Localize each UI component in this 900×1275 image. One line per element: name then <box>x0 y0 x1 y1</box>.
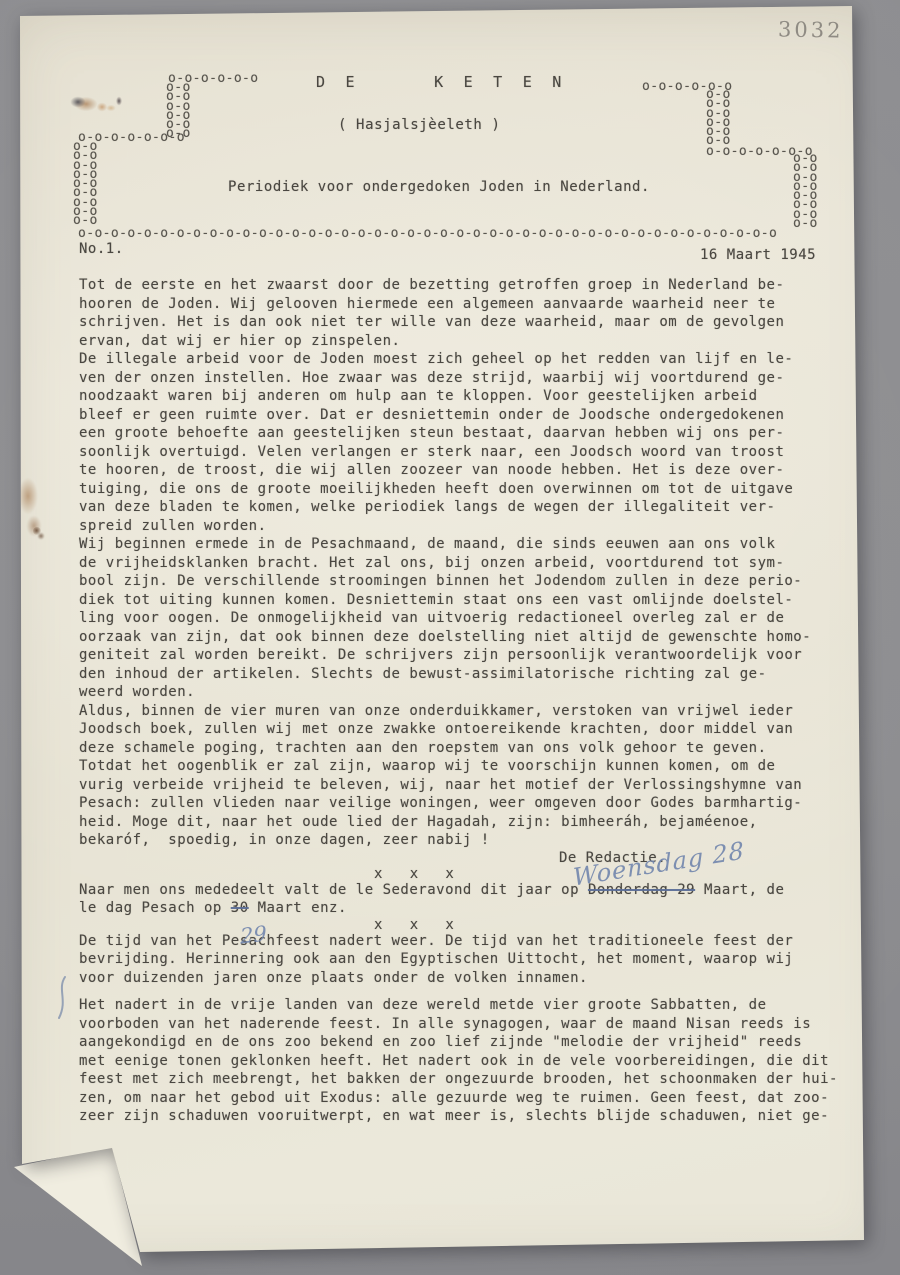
stain-dot <box>33 527 41 535</box>
paragraph-free-lands: Het nadert in de vrije landen van deze w… <box>79 996 865 1126</box>
seder-date-announcement-line1: Naar men ons mededeelt valt de le Sedera… <box>79 881 865 900</box>
masthead-title: DE KETEN <box>316 73 582 91</box>
scan-background: o-o-o-o-o-o o-o o-o o-o o-o o-o o-o o-o-… <box>0 0 900 1275</box>
masthead-subtitle: ( Hasjalsjèeleth ) <box>338 117 501 133</box>
paragraph-illegal-work: De illegale arbeid voor de Joden moest z… <box>79 350 865 535</box>
section-divider-x: x x x <box>374 918 865 932</box>
archive-number-pencil: 3032 <box>778 17 844 42</box>
blue-margin-mark <box>52 974 74 1022</box>
body-text: Tot de eerste en het zwaarst door de bez… <box>79 276 865 1126</box>
masthead-tagline: Periodiek voor ondergedoken Joden in Ned… <box>228 179 650 195</box>
paper-surface: o-o-o-o-o-o o-o o-o o-o o-o o-o o-o o-o-… <box>0 0 900 1275</box>
paragraph-pesach-month: Wij beginnen ermede in de Pesachmaand, d… <box>79 535 865 702</box>
chain-border-right-vertical-upper: o-o o-o o-o o-o o-o o-o <box>706 90 731 146</box>
paragraph-hiding-room: Aldus, binnen de vier muren van onze ond… <box>79 702 865 850</box>
announcement-text: Maart, de <box>695 882 784 898</box>
announcement-text: le dag Pesach op <box>79 900 231 916</box>
rust-stain-top-left <box>64 87 130 121</box>
struck-out-date: 30 <box>231 900 249 916</box>
announcement-text: Naar men ons mededeelt valt de le Sedera… <box>79 882 588 898</box>
chain-border-bottom-horizontal: o-o-o-o-o-o-o-o-o-o-o-o-o-o-o-o-o-o-o-o-… <box>78 226 777 241</box>
issue-number: No.1. <box>79 241 124 257</box>
paragraph-pesach-feast: De tijd van het Pesachfeest nadert weer.… <box>79 932 865 988</box>
document-page: o-o-o-o-o-o o-o o-o o-o o-o o-o o-o o-o-… <box>0 0 900 1275</box>
fold-crease <box>110 1146 140 1259</box>
issue-date: 16 Maart 1945 <box>700 247 816 263</box>
handwritten-correction-date: 29 <box>240 921 267 948</box>
rust-stain-left-edge <box>16 466 60 548</box>
chain-border-right-vertical-lower: o-o o-o o-o o-o o-o o-o o-o o-o <box>793 154 818 228</box>
paragraph-intro: Tot de eerste en het zwaarst door de bez… <box>79 276 865 350</box>
announcement-text: Maart enz. <box>249 900 347 916</box>
chain-border-left-vertical-lower: o-o o-o o-o o-o o-o o-o o-o o-o o-o <box>73 142 98 226</box>
seder-date-announcement-line2: le dag Pesach op 30 Maart enz. <box>79 899 865 918</box>
